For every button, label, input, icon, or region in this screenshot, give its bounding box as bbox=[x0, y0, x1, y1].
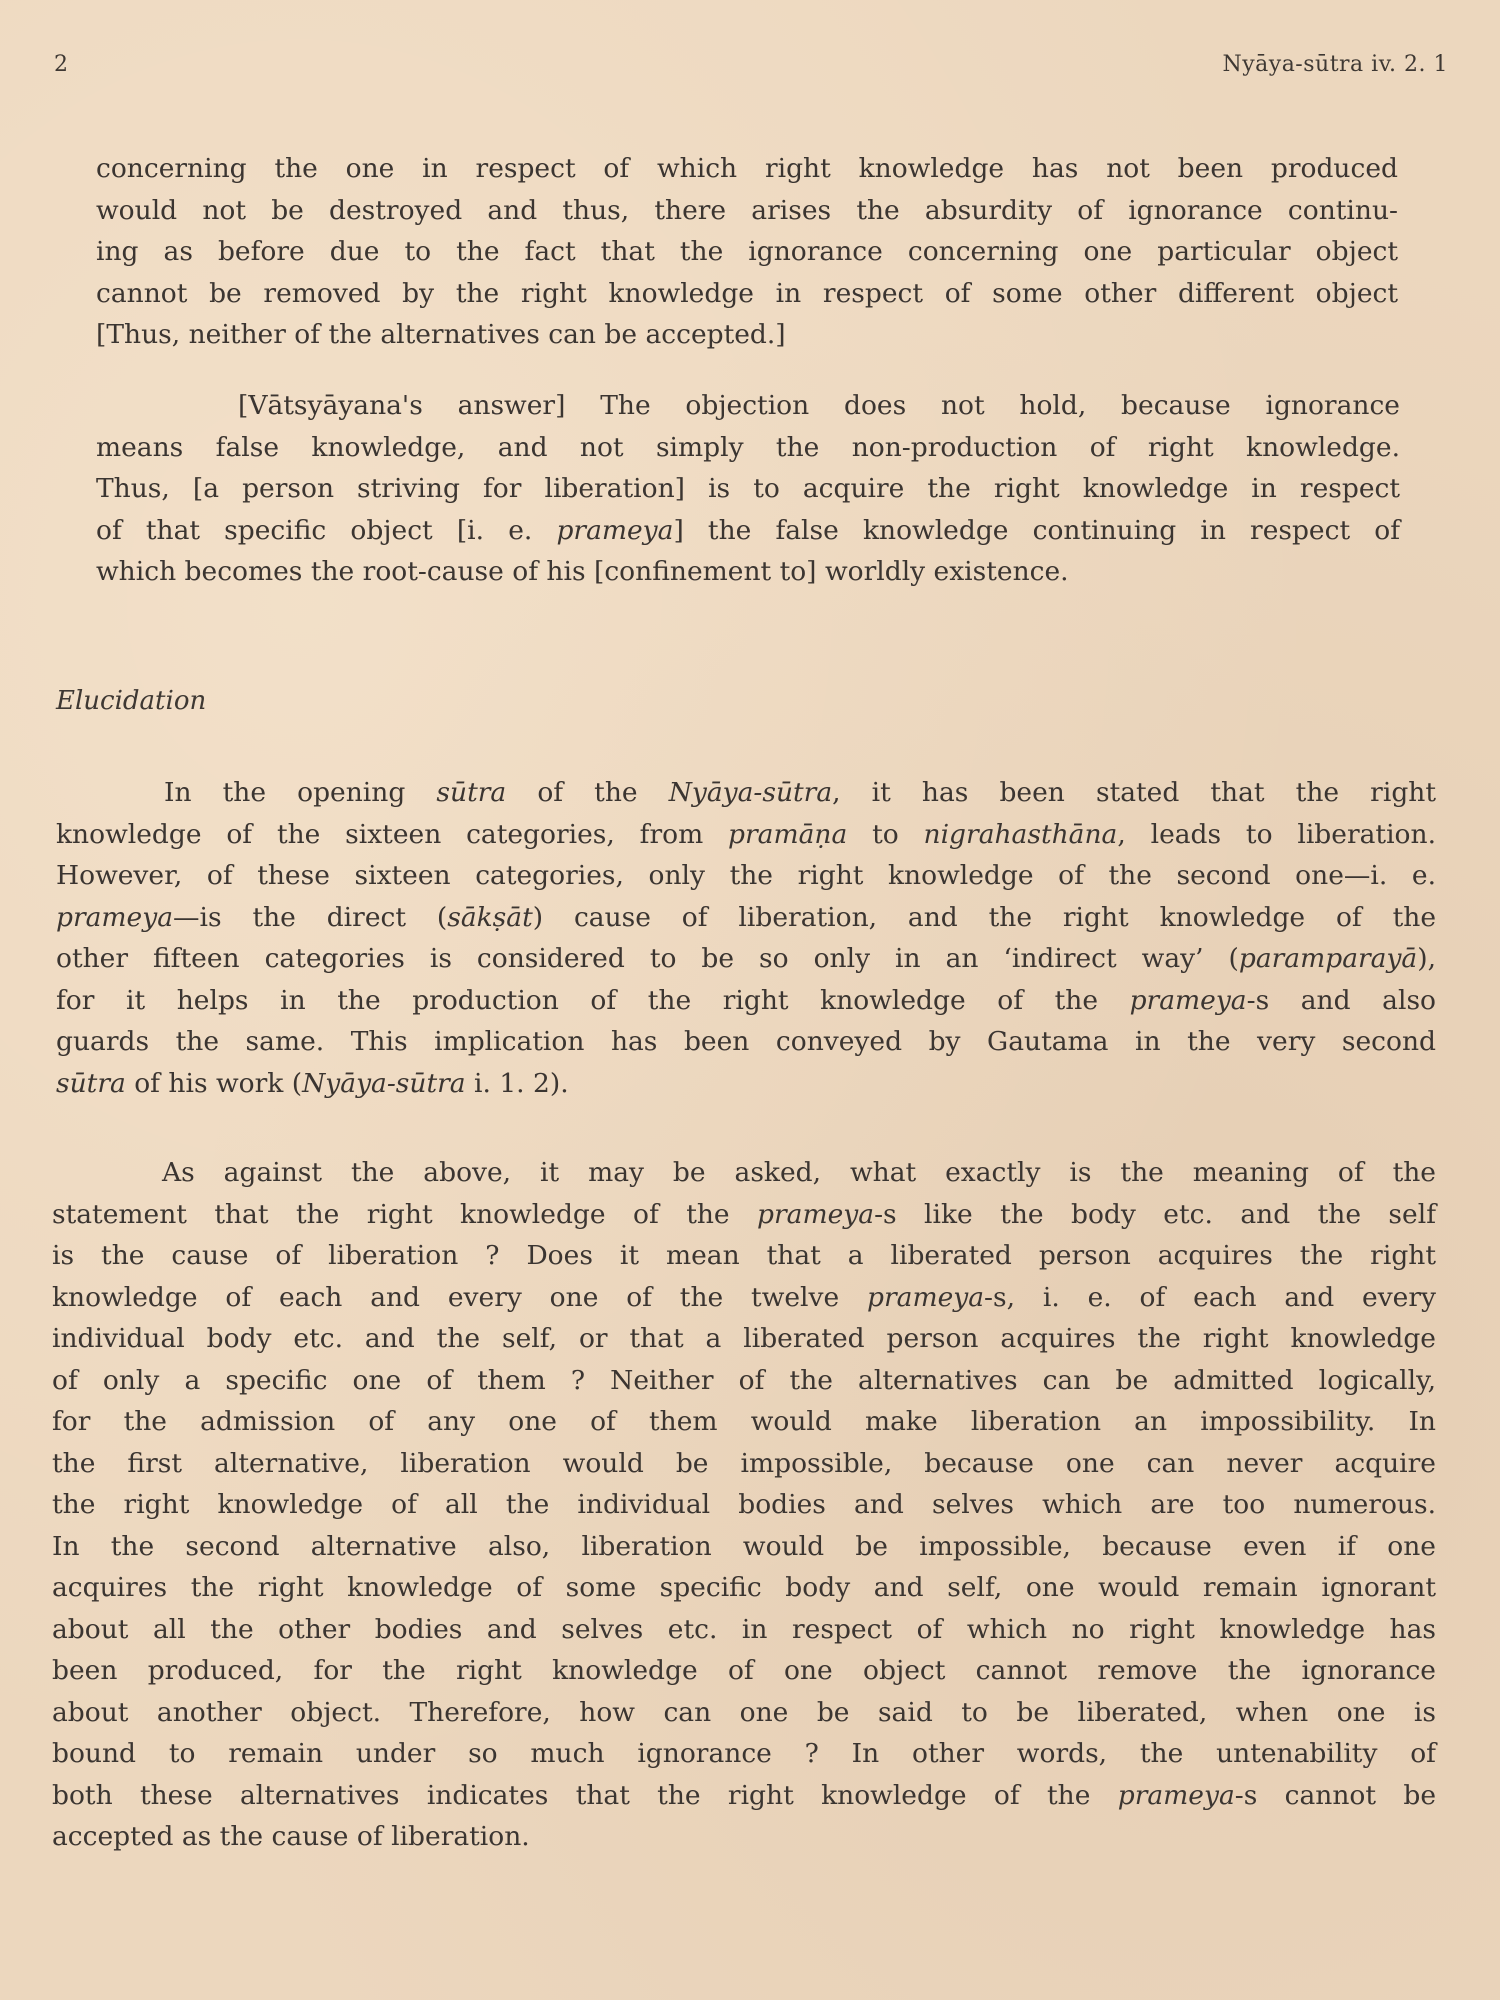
paragraph-elucidation-1: In the opening sūtra of the Nyāya-sūtra,… bbox=[56, 772, 1436, 1104]
text-line: been produced, for the right knowledge o… bbox=[52, 1650, 1436, 1692]
italic-term: prameya bbox=[757, 1199, 874, 1230]
text-line: other fifteen categories is considered t… bbox=[56, 938, 1436, 980]
text-line: both these alternatives indicates that t… bbox=[52, 1775, 1436, 1817]
text-line: sūtra of his work (Nyāya-sūtra i. 1. 2). bbox=[56, 1063, 1436, 1105]
text-run: of the bbox=[506, 777, 668, 808]
running-head: 2 Nyāya-sūtra iv. 2. 1 bbox=[54, 52, 1448, 88]
text-line: Thus, [a person striving for liberation]… bbox=[96, 468, 1400, 510]
text-line: for it helps in the production of the ri… bbox=[56, 980, 1436, 1022]
text-run: -s cannot be bbox=[1235, 1780, 1436, 1811]
italic-term: prameya bbox=[56, 902, 173, 933]
text-line: guards the same. This implication has be… bbox=[56, 1021, 1436, 1063]
text-run: -s like the body etc. and the self bbox=[874, 1199, 1436, 1230]
text-line: knowledge of the sixteen categories, fro… bbox=[56, 814, 1436, 856]
text-line: acquires the right knowledge of some spe… bbox=[52, 1567, 1436, 1609]
text-line: prameya—is the direct (sākṣāt) cause of … bbox=[56, 897, 1436, 939]
text-line: [Vātsyāyana's answer] The objection does… bbox=[96, 385, 1400, 427]
text-run: ) cause of liberation, and the right kno… bbox=[533, 902, 1436, 933]
text-line: which becomes the root-cause of his [con… bbox=[96, 551, 1400, 593]
text-line: about another object. Therefore, how can… bbox=[52, 1692, 1436, 1734]
text-line: In the opening sūtra of the Nyāya-sūtra,… bbox=[56, 772, 1436, 814]
text-line: As against the above, it may be asked, w… bbox=[52, 1152, 1436, 1194]
text-line: cannot be removed by the right knowledge… bbox=[96, 273, 1398, 315]
text-run: -s, i. e. of each and every bbox=[984, 1282, 1436, 1313]
section-heading: Elucidation bbox=[56, 686, 206, 716]
text-run: statement that the right knowledge of th… bbox=[52, 1199, 757, 1230]
text-run: knowledge of each and every one of the t… bbox=[52, 1282, 867, 1313]
paragraph-elucidation-2: As against the above, it may be asked, w… bbox=[52, 1152, 1436, 1858]
text-line: [Thus, neither of the alternatives can b… bbox=[96, 314, 1398, 356]
italic-term: prameya bbox=[556, 515, 673, 546]
italic-term: Nyāya-sūtra bbox=[669, 777, 832, 808]
text-line: for the admission of any one of them wou… bbox=[52, 1401, 1436, 1443]
text-run: of his work ( bbox=[126, 1068, 302, 1099]
paragraph-vatsyayana-answer: [Vātsyāyana's answer] The objection does… bbox=[96, 385, 1400, 593]
italic-term: paramparayā bbox=[1239, 943, 1417, 974]
text-run: knowledge of the sixteen categories, fro… bbox=[56, 819, 728, 850]
italic-term: pramāṇa bbox=[728, 819, 847, 850]
text-line: the first alternative, liberation would … bbox=[52, 1443, 1436, 1485]
text-run: ), bbox=[1417, 943, 1436, 974]
text-line: accepted as the cause of liberation. bbox=[52, 1816, 1436, 1858]
book-page: 2 Nyāya-sūtra iv. 2. 1 concerning the on… bbox=[0, 0, 1500, 2000]
italic-term: sākṣāt bbox=[447, 902, 533, 933]
text-run: , it has been stated that the right bbox=[832, 777, 1436, 808]
text-line: bound to remain under so much ignorance … bbox=[52, 1733, 1436, 1775]
italic-term: sūtra bbox=[56, 1068, 126, 1099]
italic-term: prameya bbox=[1118, 1780, 1235, 1811]
text-run: In the opening bbox=[164, 777, 436, 808]
italic-term: nigrahasthāna bbox=[924, 819, 1118, 850]
text-run: other fifteen categories is considered t… bbox=[56, 943, 1239, 974]
text-line: individual body etc. and the self, or th… bbox=[52, 1318, 1436, 1360]
text-line: would not be destroyed and thus, there a… bbox=[96, 190, 1398, 232]
text-line: knowledge of each and every one of the t… bbox=[52, 1277, 1436, 1319]
text-line: about all the other bodies and selves et… bbox=[52, 1609, 1436, 1651]
text-run: i. 1. 2). bbox=[466, 1068, 569, 1099]
text-line: means false knowledge, and not simply th… bbox=[96, 427, 1400, 469]
text-line: statement that the right knowledge of th… bbox=[52, 1194, 1436, 1236]
text-run: —is the direct ( bbox=[173, 902, 447, 933]
text-run: , leads to liberation. bbox=[1117, 819, 1436, 850]
text-run: ] the false knowledge continuing in resp… bbox=[673, 515, 1400, 546]
page-number: 2 bbox=[54, 52, 69, 77]
paragraph-continuation: concerning the one in respect of which r… bbox=[96, 148, 1398, 356]
text-line: ing as before due to the fact that the i… bbox=[96, 231, 1398, 273]
text-line: concerning the one in respect of which r… bbox=[96, 148, 1398, 190]
text-line: However, of these sixteen categories, on… bbox=[56, 855, 1436, 897]
italic-term: sūtra bbox=[436, 777, 506, 808]
text-run: to bbox=[847, 819, 923, 850]
italic-term: prameya bbox=[1130, 985, 1247, 1016]
running-title: Nyāya-sūtra iv. 2. 1 bbox=[1222, 52, 1448, 77]
text-line: of only a specific one of them ? Neither… bbox=[52, 1360, 1436, 1402]
text-line: is the cause of liberation ? Does it mea… bbox=[52, 1235, 1436, 1277]
text-line: In the second alternative also, liberati… bbox=[52, 1526, 1436, 1568]
italic-term: Nyāya-sūtra bbox=[302, 1068, 465, 1099]
text-run: both these alternatives indicates that t… bbox=[52, 1780, 1118, 1811]
text-run: for it helps in the production of the ri… bbox=[56, 985, 1130, 1016]
text-line: the right knowledge of all the individua… bbox=[52, 1484, 1436, 1526]
text-run: -s and also bbox=[1247, 985, 1436, 1016]
text-line: of that specific object [i. e. prameya] … bbox=[96, 510, 1400, 552]
text-run: of that specific object [i. e. bbox=[96, 515, 556, 546]
italic-term: prameya bbox=[867, 1282, 984, 1313]
